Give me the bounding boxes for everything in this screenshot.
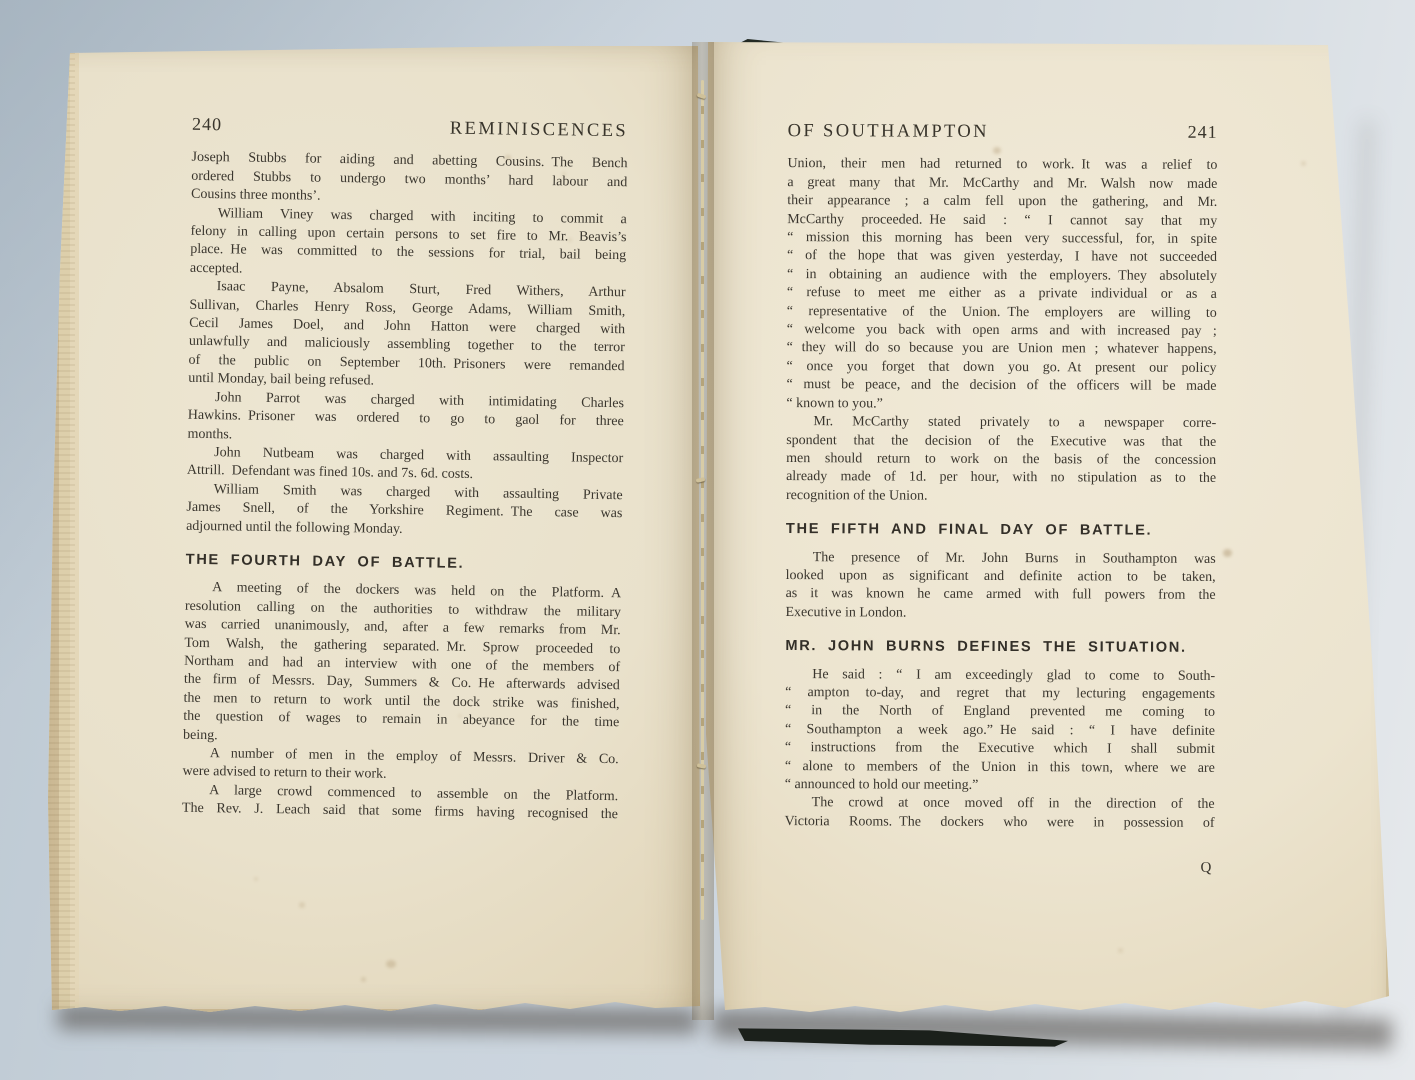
text-line: “ instructions from the Executive which … — [785, 739, 1215, 759]
text-line: “ in the North of England prevented me c… — [785, 702, 1215, 722]
foxing-spot — [299, 902, 305, 908]
text-line: “ refuse to meet me either as a private … — [787, 284, 1217, 304]
text-line: The presence of Mr. John Burns in Southa… — [786, 549, 1216, 569]
paragraph: William Smith was charged with assaultin… — [186, 480, 623, 542]
text-line: “ welcome you back with open arms and wi… — [787, 321, 1217, 341]
foxing-spot — [993, 147, 1001, 154]
book-spine — [692, 42, 714, 1020]
foxing-spot — [1118, 948, 1123, 953]
text-line: “ representative of the Union. The emplo… — [787, 303, 1217, 323]
text-line: “ known to you.” — [786, 395, 1216, 415]
section-heading: THE FIFTH AND FINAL DAY OF BATTLE. — [786, 520, 1216, 540]
text-line: McCarthy proceeded. He said : “ I cannot… — [787, 211, 1217, 231]
foxing-spot — [361, 977, 366, 982]
foxing-spot — [562, 172, 566, 176]
text-line: Union, their men had returned to work. I… — [787, 155, 1217, 175]
section-heading: THE FOURTH DAY OF BATTLE. — [186, 551, 622, 576]
paragraph: The presence of Mr. John Burns in Southa… — [785, 549, 1215, 625]
paragraph: Union, their men had returned to work. I… — [786, 155, 1217, 415]
page-number: 240 — [192, 115, 222, 134]
text-line: “ alone to members of the Union in this … — [785, 758, 1215, 778]
text-line: Mr. McCarthy stated privately to a newsp… — [786, 413, 1216, 433]
text-line: Executive in London. — [785, 604, 1215, 624]
page-number: 241 — [1188, 123, 1218, 142]
text-line: “ mission this morning has been very suc… — [787, 229, 1217, 249]
right-page-body: Union, their men had returned to work. I… — [785, 155, 1218, 833]
stitch-knot — [697, 93, 707, 100]
text-line: “ once you forget that down you go. At p… — [787, 358, 1217, 378]
paragraph: Isaac Payne, Absalom Sturt, Fred Withers… — [188, 278, 626, 395]
text-line: a great many that Mr. McCarthy and Mr. W… — [787, 174, 1217, 194]
paragraph: A meeting of the dockers was held on the… — [183, 579, 621, 751]
left-page-body: Joseph Stubbs for aiding and abetting Co… — [182, 149, 628, 825]
paragraph: Mr. McCarthy stated privately to a newsp… — [786, 413, 1216, 507]
text-line: “ of the hope that was given yesterday, … — [787, 248, 1217, 268]
foxing-spot — [386, 960, 396, 968]
right-page: OF SOUTHAMPTON 241 Union, their men had … — [705, 34, 1397, 1038]
paragraph: Joseph Stubbs for aiding and abetting Co… — [191, 149, 628, 211]
foxing-spot — [568, 238, 572, 242]
paragraph: William Viney was charged with inciting … — [190, 204, 627, 284]
paragraph: A number of men in the employ of Messrs.… — [182, 745, 618, 788]
paragraph: The crowd at once moved off in the direc… — [785, 794, 1215, 833]
stitch-knot — [697, 763, 707, 769]
text-line: “ ampton to-day, and regret that my lect… — [785, 684, 1215, 704]
foxing-spot — [868, 640, 872, 644]
paragraph: John Parrot was charged with intimidatin… — [187, 388, 624, 450]
left-page-text: 240 REMINISCENCES Joseph Stubbs for aidi… — [182, 115, 628, 825]
left-page-header: 240 REMINISCENCES — [192, 115, 628, 141]
paragraph: He said : “ I am exceedingly glad to com… — [785, 666, 1216, 797]
text-line: “ Southampton a week ago.” He said : “ I… — [785, 721, 1215, 741]
text-line: He said : “ I am exceedingly glad to com… — [785, 666, 1215, 686]
foxing-spot — [254, 877, 258, 881]
text-line: The crowd at once moved off in the direc… — [785, 794, 1215, 814]
text-line: as it was known he came armed with full … — [786, 585, 1216, 605]
foxing-spot — [987, 310, 995, 317]
paragraph: A large crowd commenced to assemble on t… — [182, 782, 618, 825]
text-line: “ they will do so because you are Union … — [787, 340, 1217, 360]
running-title: REMINISCENCES — [450, 120, 628, 141]
foxing-spot — [458, 714, 462, 718]
section-heading: MR. JOHN BURNS DEFINES THE SITUATION. — [785, 637, 1215, 657]
text-line: “ announced to hold our meeting.” — [785, 776, 1215, 796]
foxing-spot — [505, 155, 511, 160]
right-page-text: OF SOUTHAMPTON 241 Union, their men had … — [784, 121, 1217, 877]
left-page: 240 REMINISCENCES Joseph Stubbs for aidi… — [45, 40, 705, 1022]
signature-mark: Q — [784, 857, 1214, 877]
text-line: spondent that the decision of the Execut… — [786, 432, 1216, 452]
text-line: looked upon as significant and definite … — [786, 567, 1216, 587]
photo-background: 240 REMINISCENCES Joseph Stubbs for aidi… — [0, 0, 1415, 1080]
spine-stitching-thread — [701, 80, 704, 920]
text-line: “ in obtaining an audience with the empl… — [787, 266, 1217, 286]
text-line: men should return to work on the basis o… — [786, 450, 1216, 470]
text-line: Victoria Rooms. The dockers who were in … — [785, 813, 1215, 833]
right-page-header: OF SOUTHAMPTON 241 — [788, 121, 1218, 142]
foxing-spot — [1223, 549, 1232, 557]
running-title: OF SOUTHAMPTON — [788, 122, 989, 141]
foxing-spot — [1301, 161, 1306, 166]
text-line: their appearance ; a calm fell upon the … — [787, 192, 1217, 212]
text-line: “ must be peace, and the decision of the… — [786, 376, 1216, 396]
paragraph: John Nutbeam was charged with assaulting… — [187, 444, 623, 487]
text-line: already made of 1d. per hour, with no st… — [786, 468, 1216, 488]
text-line: recognition of the Union. — [786, 487, 1216, 507]
